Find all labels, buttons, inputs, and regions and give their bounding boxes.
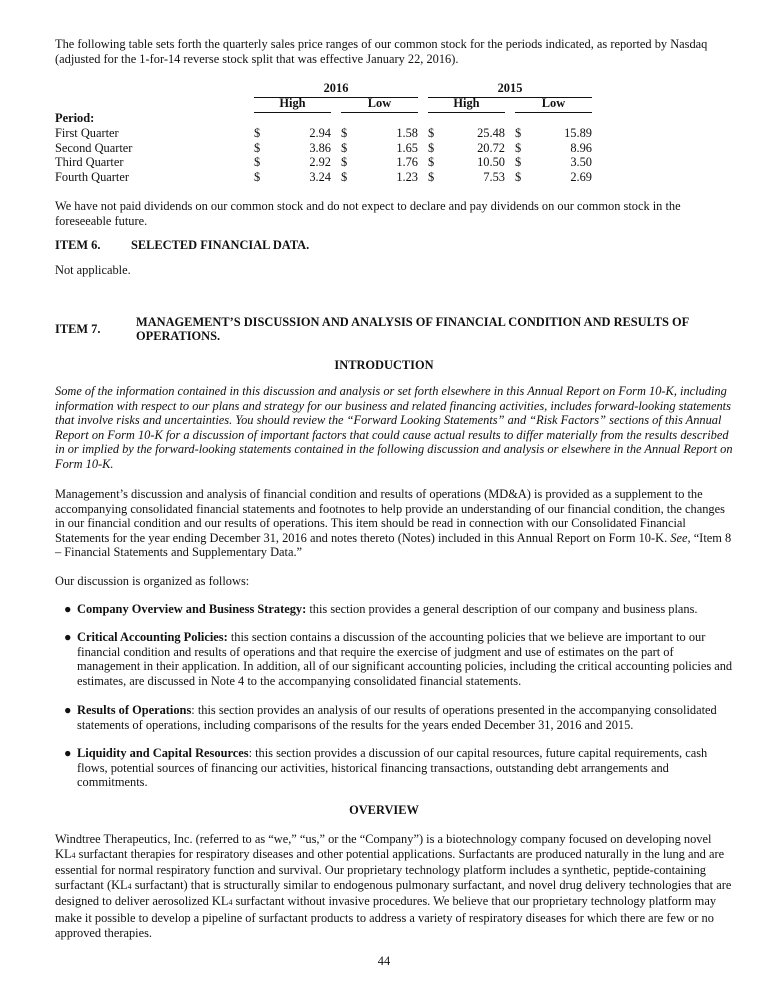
currency-symbol: $: [428, 155, 434, 170]
table-row-label: Second Quarter: [55, 141, 132, 156]
item6-body: Not applicable.: [55, 263, 735, 278]
col-header-high-2015: High: [428, 96, 505, 113]
table-cell-value: 1.76: [358, 155, 418, 170]
currency-symbol: $: [341, 170, 347, 185]
overview-heading: OVERVIEW: [0, 803, 768, 818]
introduction-heading: INTRODUCTION: [0, 358, 768, 373]
page-number: 44: [0, 954, 768, 969]
bullet-icon: ●: [64, 746, 71, 761]
table-cell-value: 1.58: [358, 126, 418, 141]
table-cell-value: 3.24: [271, 170, 331, 185]
item6-title: SELECTED FINANCIAL DATA.: [131, 238, 309, 253]
currency-symbol: $: [428, 141, 434, 156]
table-cell-value: 3.50: [532, 155, 592, 170]
currency-symbol: $: [428, 170, 434, 185]
table-cell-value: 25.48: [445, 126, 505, 141]
bullet-liquidity: ● Liquidity and Capital Resources: this …: [64, 746, 734, 790]
table-cell-value: 2.92: [271, 155, 331, 170]
currency-symbol: $: [341, 155, 347, 170]
bullet-icon: ●: [64, 703, 71, 718]
item7-title-line2: OPERATIONS.: [136, 329, 220, 344]
item7-title-line1: MANAGEMENT’S DISCUSSION AND ANALYSIS OF …: [136, 315, 689, 330]
currency-symbol: $: [515, 155, 521, 170]
bullet-critical-accounting: ● Critical Accounting Policies: this sec…: [64, 630, 734, 688]
currency-symbol: $: [254, 170, 260, 185]
table-row-label: Third Quarter: [55, 155, 123, 170]
table-cell-value: 20.72: [445, 141, 505, 156]
table-cell-value: 1.65: [358, 141, 418, 156]
table-cell-value: 10.50: [445, 155, 505, 170]
col-header-low-2015: Low: [515, 96, 592, 113]
currency-symbol: $: [254, 155, 260, 170]
currency-symbol: $: [515, 126, 521, 141]
mdna-paragraph: Management’s discussion and analysis of …: [55, 487, 735, 560]
currency-symbol: $: [254, 126, 260, 141]
period-label: Period:: [55, 111, 94, 126]
bullet-icon: ●: [64, 602, 71, 617]
dividends-paragraph: We have not paid dividends on our common…: [55, 199, 735, 228]
table-row-label: First Quarter: [55, 126, 119, 141]
bullet-title: Critical Accounting Policies:: [77, 630, 228, 644]
mdna-main-text: Management’s discussion and analysis of …: [55, 487, 725, 545]
table-cell-value: 3.86: [271, 141, 331, 156]
table-cell-value: 8.96: [532, 141, 592, 156]
bullet-title: Liquidity and Capital Resources: [77, 746, 249, 760]
mdna-see-text: See,: [670, 531, 690, 545]
table-cell-value: 2.94: [271, 126, 331, 141]
bullet-company-overview: ● Company Overview and Business Strategy…: [64, 602, 734, 617]
item6-label: ITEM 6.: [55, 238, 100, 253]
table-cell-value: 2.69: [532, 170, 592, 185]
overview-text: Windtree Therapeutics, Inc. (referred to…: [55, 832, 711, 846]
currency-symbol: $: [428, 126, 434, 141]
item7-label: ITEM 7.: [55, 322, 100, 337]
currency-symbol: $: [341, 141, 347, 156]
bullet-title: Results of Operations: [77, 703, 191, 717]
bullet-icon: ●: [64, 630, 71, 645]
table-row-label: Fourth Quarter: [55, 170, 129, 185]
bullet-title: Company Overview and Business Strategy:: [77, 602, 306, 616]
bullet-text: this section provides a general descript…: [309, 602, 697, 616]
kl4-term: KL4: [212, 894, 233, 908]
table-cell-value: 1.23: [358, 170, 418, 185]
currency-symbol: $: [515, 170, 521, 185]
overview-paragraph: Windtree Therapeutics, Inc. (referred to…: [55, 832, 735, 940]
kl4-term: KL4: [55, 847, 76, 861]
intro-paragraph: The following table sets forth the quart…: [55, 37, 735, 66]
currency-symbol: $: [515, 141, 521, 156]
currency-symbol: $: [341, 126, 347, 141]
forward-looking-paragraph: Some of the information contained in thi…: [55, 384, 735, 472]
bullet-results-of-operations: ● Results of Operations: this section pr…: [64, 703, 734, 732]
table-cell-value: 7.53: [445, 170, 505, 185]
organized-intro: Our discussion is organized as follows:: [55, 574, 735, 589]
col-header-high-2016: High: [254, 96, 331, 113]
kl4-term: KL4: [111, 878, 132, 892]
table-cell-value: 15.89: [532, 126, 592, 141]
currency-symbol: $: [254, 141, 260, 156]
col-header-low-2016: Low: [341, 96, 418, 113]
